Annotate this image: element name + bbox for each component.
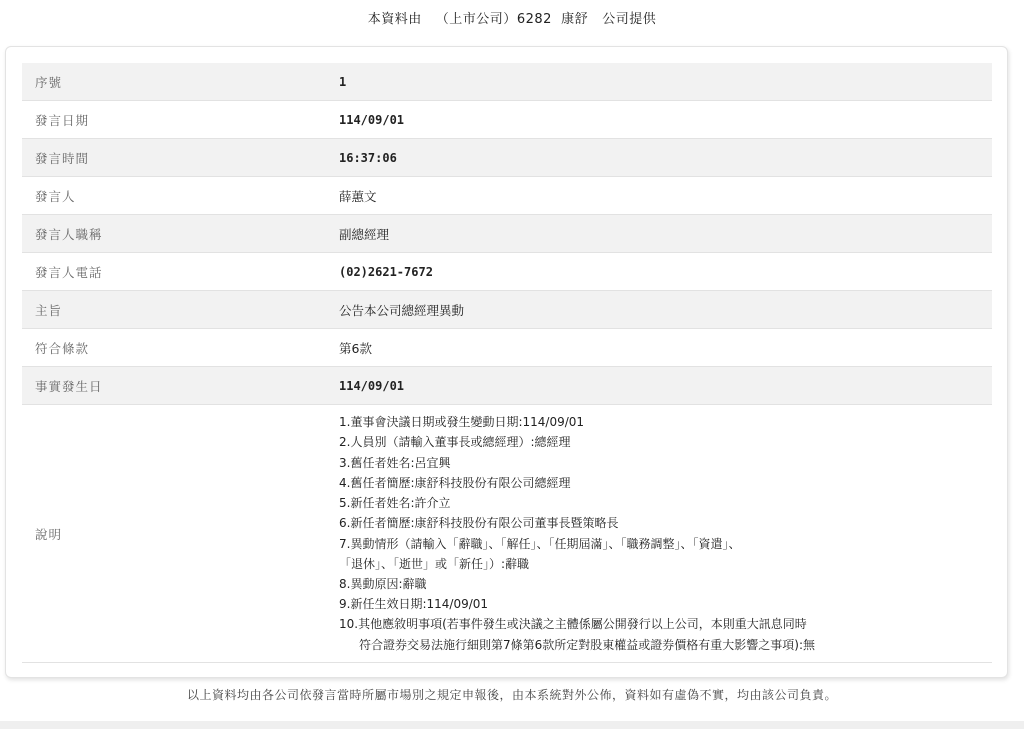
- description-line: 3.舊任者姓名:呂宜興: [339, 453, 992, 473]
- field-value-clause: 第6款: [339, 329, 992, 367]
- row-spokesperson: 發言人 薛蕙文: [22, 177, 992, 215]
- description-line: 9.新任生效日期:114/09/01: [339, 594, 992, 614]
- field-label: 發言人: [22, 177, 339, 215]
- description-line: 1.董事會決議日期或發生變動日期:114/09/01: [339, 412, 992, 432]
- description-line: 「退休」、「逝世」或「新任」）:辭職: [339, 554, 992, 574]
- row-serial: 序號 1: [22, 63, 992, 101]
- row-clause: 符合條款 第6款: [22, 329, 992, 367]
- description-line: 2.人員別（請輸入董事長或總經理）:總經理: [339, 432, 992, 452]
- disclaimer-note: 以上資料均由各公司依發言當時所屬市場別之規定申報後，由本系統對外公佈，資料如有虛…: [0, 686, 1024, 703]
- field-label: 發言人電話: [22, 253, 339, 291]
- field-label: 符合條款: [22, 329, 339, 367]
- row-spokesperson-phone: 發言人電話 (02)2621-7672: [22, 253, 992, 291]
- row-spokesperson-title: 發言人職稱 副總經理: [22, 215, 992, 253]
- field-label: 發言時間: [22, 139, 339, 177]
- header-prefix: 本資料由: [368, 12, 422, 27]
- field-value-subject: 公告本公司總經理異動: [339, 291, 992, 329]
- description-line: 5.新任者姓名:許介立: [339, 493, 992, 513]
- description-line: 7.異動情形（請輸入「辭職」、「解任」、「任期屆滿」、「職務調整」、「資遣」、: [339, 534, 992, 554]
- header-suffix: 公司提供: [602, 12, 656, 27]
- field-value-spokesperson-phone: (02)2621-7672: [339, 253, 992, 291]
- row-speech-time: 發言時間 16:37:06: [22, 139, 992, 177]
- row-subject: 主旨 公告本公司總經理異動: [22, 291, 992, 329]
- announcement-card: 序號 1 發言日期 114/09/01 發言時間 16:37:06 發言人 薛蕙…: [5, 46, 1008, 678]
- header-market: （上市公司）: [436, 12, 517, 27]
- field-value-spokesperson: 薛蕙文: [339, 177, 992, 215]
- field-label: 發言日期: [22, 101, 339, 139]
- field-value-serial: 1: [339, 63, 992, 101]
- row-description: 說明 1.董事會決議日期或發生變動日期:114/09/01 2.人員別（請輸入董…: [22, 405, 992, 663]
- field-label: 主旨: [22, 291, 339, 329]
- field-value-speech-time: 16:37:06: [339, 139, 992, 177]
- description-line: 4.舊任者簡歷:康舒科技股份有限公司總經理: [339, 473, 992, 493]
- field-label: 發言人職稱: [22, 215, 339, 253]
- page-header: 本資料由（上市公司）6282 康舒公司提供: [0, 0, 1024, 40]
- description-line: 符合證券交易法施行細則第7條第6款所定對股東權益或證券價格有重大影響之事項):無: [339, 635, 992, 655]
- field-label: 說明: [22, 405, 339, 663]
- field-label: 序號: [22, 63, 339, 101]
- description-line: 6.新任者簡歷:康舒科技股份有限公司董事長暨策略長: [339, 513, 992, 533]
- field-value-description: 1.董事會決議日期或發生變動日期:114/09/01 2.人員別（請輸入董事長或…: [339, 405, 992, 663]
- header-stock-code: 6282: [517, 12, 552, 27]
- description-line: 8.異動原因:辭職: [339, 574, 992, 594]
- row-occurrence-date: 事實發生日 114/09/01: [22, 367, 992, 405]
- field-value-speech-date: 114/09/01: [339, 101, 992, 139]
- announcement-table: 序號 1 發言日期 114/09/01 發言時間 16:37:06 發言人 薛蕙…: [22, 63, 992, 663]
- field-label: 事實發生日: [22, 367, 339, 405]
- header-company: 康舒: [561, 12, 588, 27]
- description-line: 10.其他應敘明事項(若事件發生或決議之主體係屬公開發行以上公司，本則重大訊息同…: [339, 614, 992, 634]
- description-list: 1.董事會決議日期或發生變動日期:114/09/01 2.人員別（請輸入董事長或…: [339, 406, 992, 660]
- row-speech-date: 發言日期 114/09/01: [22, 101, 992, 139]
- bottom-band: [0, 721, 1024, 729]
- field-value-occurrence-date: 114/09/01: [339, 367, 992, 405]
- field-value-spokesperson-title: 副總經理: [339, 215, 992, 253]
